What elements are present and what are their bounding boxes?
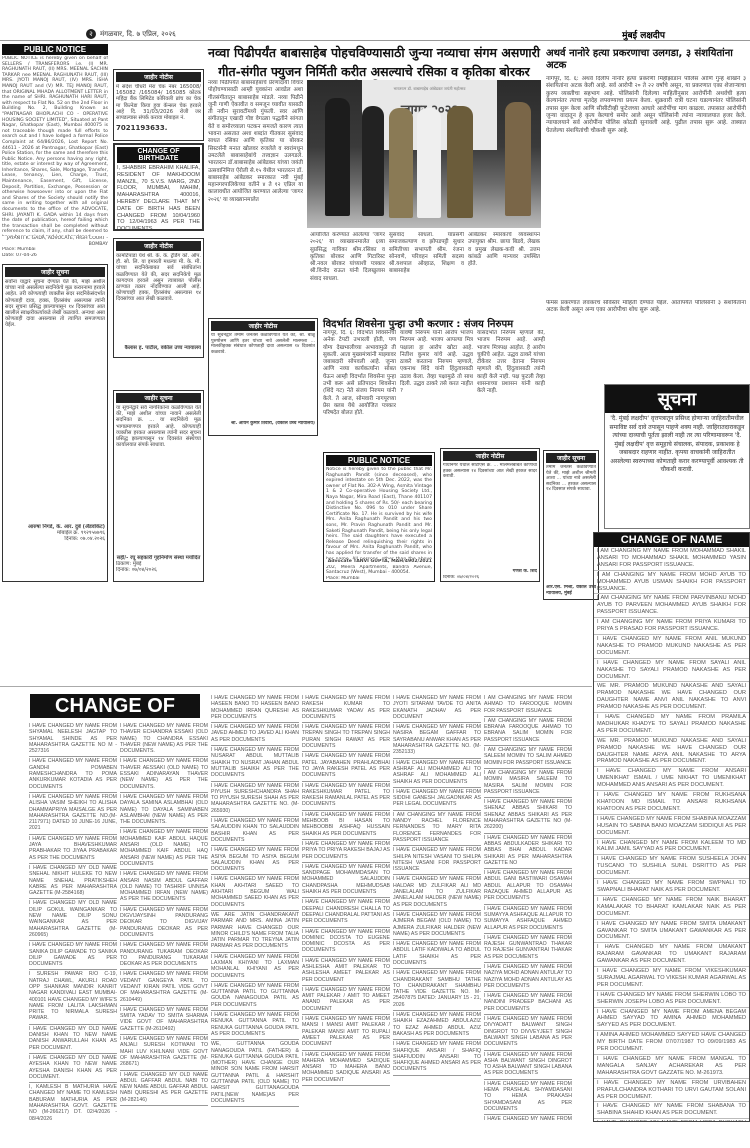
change-of-name-entry: I HAVE CHANGED MY NAME FROM PATEL JAYABA… xyxy=(302,752,390,781)
change-of-name-entry: I HAVE CHANGED MY NAME FROM RAJESH GUNWA… xyxy=(484,934,572,963)
side-story-headline: अथर्व नानोरे हत्या प्रकरणाचा उलगडा, ३ सं… xyxy=(546,48,746,72)
change-of-birthdate-body: I, SHABBIR EBRAHIM KHALIFA, RESIDENT OF … xyxy=(117,165,200,231)
change-of-name-entry: I HAVE CHANGED MY NAME FROM RUKHSANA KHA… xyxy=(594,791,749,815)
jahir-notice-1-body: मे संदेश चौधरी मेरा चेक नंबर 165008/ 165… xyxy=(116,84,201,124)
lead-headline-1: नव्वा पिढीपर्यंत बाबासाहेब पोहचविण्यासाठ… xyxy=(208,45,540,60)
public-notice-left: PUBLIC NOTICE PUBLIC NOTICE is hereby gi… xyxy=(2,44,108,262)
divider xyxy=(0,686,592,687)
change-of-name-entry: I, KAMLESH B MATHURIA HAVE CHANGED MY NA… xyxy=(29,1083,117,1122)
change-of-name-entry: I HAVE CHANGED MY NAME FROM RAKESHKUMAR … xyxy=(302,782,390,811)
change-of-name-entry: I HAVE CHANGED MY OLD NAME DANISH KHAN T… xyxy=(29,1025,117,1054)
change-of-name-entry: I AM CHANGING MY NAME FROM NANDY RACHEL … xyxy=(393,811,481,846)
jahir-suchana-date: दिनांक: ०७.०४.२०२६ xyxy=(5,536,105,542)
change-of-name-entry: I HAVE CHANGED MY NAME FROM SUMAYYA ASHF… xyxy=(484,905,572,934)
change-of-name-entry: I HAVE CHANGED MY NAME FROM PRIYA TO PRI… xyxy=(302,840,390,863)
change-of-name-entry: I HAVE CHANGED MY NAME FROM SHILPA NITES… xyxy=(393,846,481,875)
person-figure xyxy=(447,106,473,218)
change-of-name-entry: I HAVE CHANGED MY NAME FROM HALDAR MD ZU… xyxy=(393,875,481,910)
change-of-name-entry: I HAVE CHANGED MY NAME FROM TREPAN SINGH… xyxy=(302,723,390,752)
change-of-name-entry: I AM CHANGING MY NAME FROM AHMAD TO FARO… xyxy=(484,694,572,717)
change-of-name-entry: I AM CHANGING MY NAME FROM EBRANA FAROOQ… xyxy=(484,717,572,746)
public-notice-signature: JAYANTI K. GADA, ADVOCATE, HIGH COURT - … xyxy=(2,236,108,247)
change-of-name-entry: I HAVE CHANGED MY NAME FROM SIDDHI GANES… xyxy=(393,788,481,811)
change-of-name-entry: I HAVE CHANGED MY NAME FROM NANDINI PRAD… xyxy=(484,992,572,1015)
change-of-name-entry: I HAVE CHANGED MY OLD NAME AYESHA KHAN T… xyxy=(29,1054,117,1083)
shivsena-col3: यासंदर्भात निरुपम म्हणाले की, भाजप निरुप… xyxy=(477,330,545,435)
change-of-name-entry: I HAVE CHANGED MY NAME FROM DOMINIC DCOS… xyxy=(302,928,390,957)
side-story: अथर्व नानोरे हत्या प्रकरणाचा उलगडा, ३ सं… xyxy=(546,48,746,72)
change-of-name-entry: I HAVE CHANGED MY NAME FROM ANSARI NASIM… xyxy=(120,870,208,905)
change-of-name-entry: I HAVE CHANGED MY NAME FROM ANSARI UMENI… xyxy=(594,767,749,791)
shivsena-headline: विदर्भात शिवसेना पुन्हा उभी करणार : संजय… xyxy=(323,316,545,330)
change-of-name-column: I HAVE CHANGED MY NAME FROM RAKESH KUMAR… xyxy=(302,694,390,1122)
change-of-name-entry: I HAVE CHANGED MY NAME FROM ANIL MUKUND … xyxy=(594,635,749,659)
change-of-name-entry: WE ARE JATIN CHANDRAKANT PARMAR AND MRS.… xyxy=(211,911,299,953)
jahir-notice-1-title: जाहीर नोटीस xyxy=(116,72,201,82)
change-of-name-entry: I HAVE CHANGED MY NAME FROM HASEEN BANO … xyxy=(211,694,299,723)
change-of-name-entry: I HAVE CHANGED MY NAME FROM PRAMILA MADH… xyxy=(594,713,749,737)
change-of-birthdate-title: CHANGE OF BIRTHDATE xyxy=(117,147,200,163)
change-of-name-entry: I HAVE CHANGED MY OLD NAME SNEHAL NIKHIT… xyxy=(29,864,117,899)
change-of-name-entry: I HAVE CHANGED MY NAME FROM RAKESH KUMAR… xyxy=(302,694,390,723)
jahir-suchana-left: जाहीर सूचना सर्वांना याद्वारे सूचना देण्… xyxy=(2,264,108,582)
event-photo: भारतरत्न डॉ. बाबासाहेब आंबेडकर जयंती महो… xyxy=(307,80,541,228)
lead-story-col4: आंबेडकर स्मारकाचे व्यवस्थापन उपायुक्त श्… xyxy=(468,232,540,302)
person-figure xyxy=(417,108,441,218)
change-of-name-entry: I HAVE CHANGED MY NAME FROM ALISHA VASIM… xyxy=(29,793,117,835)
jahir-notice-mid-left-title: जाहीर नोटीस xyxy=(211,321,315,331)
change-of-name-entry: I HAVE CHANGED MY OLD NAME ABDUL GAFFAR … xyxy=(120,1071,208,1106)
change-of-name-entry: I HAVE CHANGED MY NAME FROM NUSARAT ABDU… xyxy=(211,746,299,781)
change-of-name-right-title: CHANGE OF NAME xyxy=(594,533,749,547)
jahir-notice-2-body: कामटिपाडा येथे श्री. के. के. ट्रेडिंग को… xyxy=(116,253,201,345)
change-of-name-entry: I HAVE CHANGED MY NAME FROM SHAFIQUE ANS… xyxy=(393,1040,481,1075)
change-of-name-entry: I AM CHANGING MY NAME FROM PARVINBANU MO… xyxy=(594,594,749,618)
change-of-name-entry: I HAVE CHANGED MY NAME FROM SHENAZ ABBAS… xyxy=(484,798,572,833)
change-of-name-entry: I HAVE CHANGED MY NAME FROM DIVYADATT BA… xyxy=(484,1015,572,1050)
person-figure xyxy=(389,108,413,218)
change-of-name-entry: I HAVE CHANGED MY NAME FROM NASIRA BEGAM… xyxy=(393,723,481,758)
change-of-name-entry: I HAVE CHANGED MY NAME FROM VIKESHKUMAR … xyxy=(594,967,749,991)
public-notice-mid-place: Place: Mumbai xyxy=(326,576,432,582)
change-of-name-entry: I HAVE CHANGED MY NAME FROM KHAN AKHTARI… xyxy=(211,875,299,910)
change-of-name-entry: I HAVE CHANGED MY NAME FROM ANJALI SURES… xyxy=(120,1035,208,1070)
public-notice-mid-signature: Advocate TANVI GUPTA, MAH/4902/2021 xyxy=(326,559,432,565)
public-notice-mid-address: 202, Meera Apartments, Bandra Avenue, Sa… xyxy=(326,565,432,576)
change-of-name-entry: I HAVE CHANGED MY NAME FROM MANSI I MANS… xyxy=(302,1015,390,1050)
change-of-birthdate: CHANGE OF BIRTHDATE I, SHABBIR EBRAHIM K… xyxy=(113,143,204,231)
change-of-name-entry: I HAVE CHANGED MY NAME FROM JYOTI SITARA… xyxy=(393,694,481,723)
jahir-notice-mid-right-body: गांधीनगर येथील सीटीएस क्र. ... मालमत्तेब… xyxy=(443,463,537,569)
change-of-name-entry: WE, GUTTANNA GOUDA NANAGOUDA PATIL (FATH… xyxy=(211,1040,299,1107)
change-of-name-entry: I HAVE CHANGED MY NAME FROM ASHRAF ALI M… xyxy=(393,759,481,788)
change-of-name-entry: I HAVE CHANGED MY NAME FROM GANDHI POMAB… xyxy=(29,757,117,792)
change-of-name-entry: I HAVE CHANGED MY NAME FROM HEMA PRASHLA… xyxy=(484,1080,572,1115)
change-of-name-entry: I HAVE CHANGED MY NAME FROM MANGAL TO MA… xyxy=(594,1055,749,1079)
change-of-name-entry: I HAVE CHANGED MY NAME FROM CHANDRAKANT … xyxy=(393,969,481,1011)
change-of-name-entry: I HAVE CHANGED MY NAME FROM ABDUL LATIF … xyxy=(393,940,481,969)
change-of-name-entry: I AM CHANGING MY NAME FROM PRIYA KUMARI … xyxy=(594,618,749,635)
change-of-name-entry: I HAVE CHANGED MY NAME FROM SANIKA DILIP… xyxy=(29,941,117,970)
jahir-suchana-mid-body: या सूचनेद्वारे सर्व नागरिकांना कळविण्यात… xyxy=(116,405,201,555)
change-of-name-entry: I HAVE CHANGED MY NAME FROM ASHA BALWANT… xyxy=(484,1051,572,1080)
suchana-title: सूचना xyxy=(605,385,749,413)
lead-story-col1: नव्या पिढीपर्यंत बाबासाहेबांचे प्रेरणादा… xyxy=(208,80,303,315)
change-of-name-entry: I HAVE CHANGED MY NAME FROM THAVER ECHAN… xyxy=(120,722,208,757)
change-of-name-entry: I HAVE CHANGED MY NAME FROM AJMERA BEGAM… xyxy=(393,911,481,940)
person-figure xyxy=(325,98,350,216)
jahir-notice-mid-right-date: दिनांक: ०७/०४/२०२६ xyxy=(443,575,537,581)
side-story-body-2: फेमस प्रकरणात लवकरच सविस्तर माहिती देण्य… xyxy=(546,300,746,370)
change-of-name-entry: I HAVE CHANGED MY NAME FROM DEEPALI CHAN… xyxy=(302,898,390,927)
side-story-body: नागपूर, दि. ६: अथर्व दिलीप नानोरे हत्या … xyxy=(546,76,746,296)
change-of-name-entry: I HAVE CHANGED MY NAME FROM JAYA BHAVESH… xyxy=(29,835,117,864)
change-of-name-column: I HAVE CHANGED MY NAME FROM SHYAMAL NEEL… xyxy=(29,722,117,1122)
change-of-name-entry: I HAVE CHANGED MY NAME FROM LAXMAN KHIYA… xyxy=(211,953,299,982)
lead-story-col3: सुसंवाद साधला. याप्रसंगी समाजकल्याण व झो… xyxy=(389,232,464,302)
change-of-name-entry: I AM CHANGING MY NAME FROM MOMIN MASIRA … xyxy=(484,769,572,798)
dateline: २मंगळवार, दि. ७ एप्रिल, २०२६ xyxy=(86,29,176,39)
change-of-name-entry: I HAVE CHANGED MY NAME FROM RENUKA GUTTA… xyxy=(211,1011,299,1040)
change-of-name-entry: I SURESH PAWAR R/O C-19, NATRAJ CHAWL, A… xyxy=(29,970,117,1024)
suchana-box: सूचना 'दै. मुंबई लक्षदीप' वृत्तपत्रातून … xyxy=(604,384,750,529)
lead-story-col2: आयोजित करण्यात आलेल्या 'जागर २०२६' या व्… xyxy=(310,232,385,302)
change-of-name-entry: WE MR. PRAMOD MUKUND NAKASHE AND SAYALI … xyxy=(594,737,749,768)
change-of-name-entry: I HAVE CHANGED MY NAME FROM SANDPAGE MOH… xyxy=(302,863,390,898)
jahir-suchana-right-title: जाहीर सूचना xyxy=(546,453,596,463)
change-of-name-entry: I HAVE CHANGED MY NAME FROM VORA RUSHABH… xyxy=(594,1119,749,1122)
change-of-name-entry: I HAVE CHANGED MY NAME FROM PRASHLAL SHY… xyxy=(484,1115,572,1122)
jahir-suchana-right-signature: आर.एस. मिश्रा, वकील उच्च न्यायालय, मुंबई xyxy=(546,585,596,596)
change-of-name-entry: I HAVE CHANGED MY NAME FROM SWPNALI TO S… xyxy=(594,879,749,896)
public-notice-body: PUBLIC NOTICE is hereby given on behalf … xyxy=(2,56,108,236)
change-of-name-entry: I HAVE CHANGED MY NAME FROM UMAKANT RAJA… xyxy=(594,943,749,967)
jahir-notice-mid-left-body: या सूचनेद्वारे तमाम जनतेस कळविण्यात येते… xyxy=(211,333,315,421)
change-of-name-entry: WE MR. PRAMOD MUKUND NAKASHE AND SAYALI … xyxy=(594,682,749,713)
change-of-name-entry: I HAVE CHANGED MY NAME FROM SHABINA MOAZ… xyxy=(594,815,749,839)
change-of-name-entry: I HAVE CHANGED MY NAME FROM AMENA BEGAM … xyxy=(594,1008,749,1032)
change-of-name-column: I AM CHANGING MY NAME FROM AHMAD TO FARO… xyxy=(484,694,572,1122)
jahir-notice-1: जाहीर नोटीस मे संदेश चौधरी मेरा चेक नंबर… xyxy=(113,69,204,141)
jahir-notice-2-title: जाहीर नोटीस xyxy=(116,241,201,251)
change-of-name-entry: I HAVE CHANGED MY NAME FROM MAHERA MOHAM… xyxy=(302,1051,390,1086)
change-of-name-entry: I HAVE CHANGED MY NAME FROM SMITA UMAKAN… xyxy=(594,920,749,944)
jahir-suchana-right: जाहीर सूचना तमाम जनतेस कळविण्यात येते की… xyxy=(543,450,599,600)
change-of-name-entry: I HAVE CHANGED MY NAME FROM SMITA YADAV … xyxy=(120,1006,208,1035)
change-of-name-right: CHANGE OF NAME I AM CHANGING MY NAME FRO… xyxy=(593,532,750,1122)
change-of-name-entry: I HAVE CHANGED MY NAME FROM MOHAMMED KAI… xyxy=(120,828,208,870)
jahir-notice-mid-right-title: जाहीर नोटीस xyxy=(443,451,537,461)
public-notice-mid: PUBLIC NOTICE Notice is hereby given to … xyxy=(323,452,435,582)
change-of-name-entry: I AM CHANGING MY NAME FROM MOHAMMAD SHAK… xyxy=(594,547,749,571)
change-of-name-bottom-title: CHANGE OF NAME xyxy=(30,694,200,718)
jahir-notice-1-phone: 7021193633. xyxy=(116,124,201,132)
change-of-name-entry: I AM CHANGING MY NAME FROM SALEEM MOMIN … xyxy=(484,746,572,769)
change-of-name-entry: I HAVE CHANGED MY NAME FROM KALEEM TO MD… xyxy=(594,839,749,856)
person-figure xyxy=(362,106,384,216)
suchana-body: 'दै. मुंबई लक्षदीप' वृत्तपत्रातून प्रसिध… xyxy=(605,413,749,477)
change-of-name-entry: I AMINA AHMED MOHAMMED SAYYED HAVE CHANG… xyxy=(594,1031,749,1055)
change-of-name-entry: I HAVE CHANGED MY OLD NAME DILIP GOKUL W… xyxy=(29,899,117,941)
public-notice-mid-body: Notice is hereby given to the public tha… xyxy=(326,467,432,559)
jahir-suchana-mid-title: जाहीर सूचना xyxy=(116,393,201,403)
jahir-suchana-body: सर्वांना याद्वारे सूचना देण्यात येते की,… xyxy=(5,279,105,524)
change-of-name-entry: I HAVE CHANGED MY NAME FROM SALAUDDIN KH… xyxy=(211,817,299,846)
change-of-name-entry: I HAVE CHANGED MY NAME FROM ASIYA BEGUM … xyxy=(211,846,299,875)
shivsena-col1: नागपूर, दि. ६: विदर्भात शिवसेनेची अनेक ट… xyxy=(323,330,396,435)
change-of-name-entry: I HAVE CHANGED MY NAME FROM MEHBOOB BI H… xyxy=(302,811,390,840)
change-of-name-column: I HAVE CHANGED MY NAME FROM JYOTI SITARA… xyxy=(393,694,481,1122)
change-of-name-entry: I HAVE CHANGED MY NAME FROM SHERWIN LOBO… xyxy=(594,991,749,1008)
masthead: मुंबई लक्षदीप xyxy=(622,28,665,41)
change-of-name-entry: I HAVE CHANGED MY NAME FROM ABDUL GANI B… xyxy=(484,869,572,904)
change-of-name-entry: I HAVE CHANGED MY NAME FROM SHAIKH EZAZA… xyxy=(393,1011,481,1040)
change-of-name-entry: I HAVE CHANGED MY NAME FROM JAVED AHMED … xyxy=(211,723,299,746)
page-header: २मंगळवार, दि. ७ एप्रिल, २०२६ मुंबई लक्षद… xyxy=(0,29,750,41)
change-of-name-entry: I HAVE CHANGED MY NAME FROM ABBAS ABDULK… xyxy=(484,834,572,869)
public-notice-title: PUBLIC NOTICE xyxy=(2,44,108,55)
public-notice-mid-title: PUBLIC NOTICE xyxy=(326,455,432,466)
change-of-name-entry: I HAVE CHANGED MY NAME FROM SAYALI ANIL … xyxy=(594,659,749,683)
change-of-name-right-list: I AM CHANGING MY NAME FROM MOHAMMAD SHAK… xyxy=(594,547,749,1122)
change-of-name-entry: I HAVE CHANGED MY NAME FROM VEDANT GANGE… xyxy=(120,970,208,1005)
jahir-notice-2-signature: कैलास ह. पाटील, वकील उच्च न्यायालय xyxy=(116,345,201,351)
change-of-name-entry: I HAVE CHANGED MY NAME FROM SUSHEELA JOH… xyxy=(594,855,749,879)
page-number: २ xyxy=(86,29,96,39)
jahir-notice-2: जाहीर नोटीस कामटिपाडा येथे श्री. के. के.… xyxy=(113,238,204,358)
change-of-name-entry: I HAVE CHANGED MY NAME FROM NAZIYA MOHD … xyxy=(484,963,572,992)
jahir-notice-mid-right: जाहीर नोटीस गांधीनगर येथील सीटीएस क्र. .… xyxy=(440,448,540,582)
change-of-name-entry: I HAVE CHANGED MY NAME FROM DAYALA SAMIN… xyxy=(120,793,208,828)
change-of-name-entry: I HAVE CHANGED MY NAME FROM AMIT PALEKAR… xyxy=(302,986,390,1015)
change-of-name-column: I HAVE CHANGED MY NAME FROM HASEEN BANO … xyxy=(211,694,299,1122)
change-of-name-entry: I HAVE CHANGED MY NAME FROM SHYAMAL NEEL… xyxy=(29,722,117,757)
change-of-name-entry: I HAVE CHANGED MY NAME FROM PANDURANG TU… xyxy=(120,941,208,970)
jahir-suchana-title: जाहीर सूचना xyxy=(5,267,105,277)
jahir-suchana-right-body: तमाम जनतेस कळविण्यात येते की, माझे अशील … xyxy=(546,465,596,585)
person-figure xyxy=(505,102,531,216)
change-of-name-entry: I HAVE CHANGED MY NAME FROM ASHLESHA AMI… xyxy=(302,957,390,986)
change-of-name-entry: I HAVE CHANGED MY NAME FROM URVIBAHEN PR… xyxy=(594,1079,749,1103)
change-of-name-entry: I HAVE CHANGED MY NAME FROM GUTTANNA PAT… xyxy=(211,982,299,1011)
public-notice-date: Date: 07-04-26 xyxy=(2,253,108,259)
change-of-name-column: I HAVE CHANGED MY NAME FROM THAVER ECHAN… xyxy=(120,722,208,1122)
jahir-suchana-mid: जाहीर सूचना या सूचनेद्वारे सर्व नागरिकां… xyxy=(113,390,204,582)
shivsena-col2: यावर्षी निरुपम यांनी आरोप भाजप निरुपम आह… xyxy=(400,330,473,435)
change-of-name-entry: I HAVE CHANGED MY NAME FROM DIGVIJAYSINH… xyxy=(120,906,208,941)
change-of-name-entry: I AM CHANGING MY NAME FROM MOHD AYUB TO … xyxy=(594,571,749,595)
jahir-notice-mid-left-signature: श्री. आर्यन कुमार तिवारी, (वकील उच्च न्य… xyxy=(211,421,315,427)
jahir-suchana-mid-date: दिनांक: ०७/०४/२०२६ xyxy=(116,567,201,573)
change-of-name-entry: I HAVE CHANGED MY NAME FROM SHABANA TO S… xyxy=(594,1102,749,1119)
change-of-name-entry: I HAVE CHANGED MY NAME FROM THAVER AESSA… xyxy=(120,757,208,792)
jahir-notice-mid-left: जाहीर नोटीस या सूचनेद्वारे तमाम जनतेस कळ… xyxy=(208,318,318,436)
change-of-name-entry: I HAVE CHANGED MY NAME FROM PIYUSH SURES… xyxy=(211,782,299,817)
change-of-name-entry: I HAVE CHANGED MY NAME FROM NAIK BHARAT … xyxy=(594,896,749,920)
